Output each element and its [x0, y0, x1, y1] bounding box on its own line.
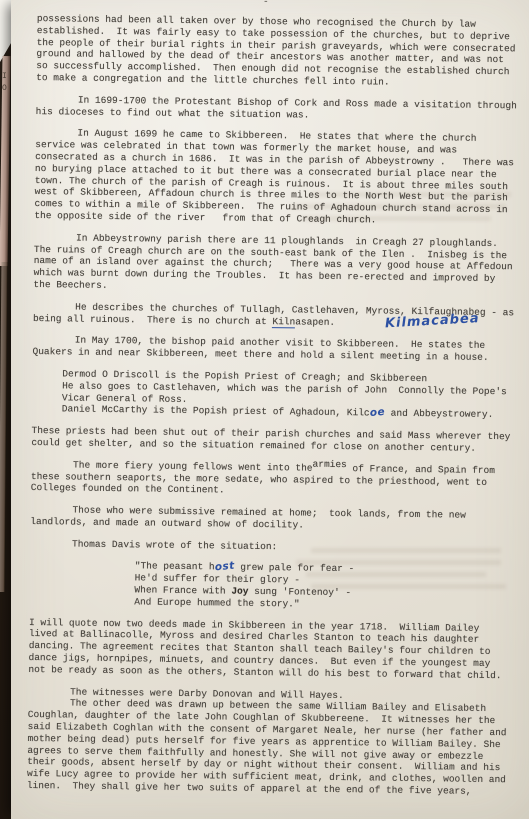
document-body: possessions had been all taken over by t…: [27, 13, 521, 808]
typed-text: Thomas Davis wrote of the situation:: [72, 538, 277, 552]
typed-text: and Abbeystrowery.: [385, 408, 493, 420]
edge-text-fragment: O: [2, 84, 7, 93]
typed-text: In May 1700, the bishop paid another vis…: [32, 335, 490, 363]
typed-text: In Abbeystrowny parish there are 11 plou…: [33, 232, 518, 291]
page-number-mark: -: [263, 0, 269, 7]
typed-text: sung 'Fontenoy' -: [248, 586, 351, 598]
typed-text: possessions had been all taken over by t…: [36, 13, 521, 88]
paragraph: The more fiery young fellows went into t…: [31, 459, 515, 501]
paragraph: possessions had been all taken over by t…: [36, 13, 521, 90]
typed-text: "The peasant h: [135, 561, 215, 573]
typed-text: grew pale for fear -: [234, 562, 354, 575]
paragraph: I will quote now two deeds made in Skibb…: [28, 617, 513, 682]
typed-text: In 1699-1700 the Protestant Bishop of Co…: [36, 94, 523, 120]
edge-text-fragment: I: [2, 72, 7, 81]
typed-text: And Europe hummed the story.": [134, 596, 299, 609]
paragraph: The other deed was drawn up between the …: [27, 697, 512, 798]
handwritten-annotation: ost: [214, 562, 235, 572]
paragraph: In May 1700, the bishop paid another vis…: [32, 334, 516, 364]
handwritten-annotation: oe: [369, 408, 385, 417]
typed-text: armies: [313, 458, 347, 469]
typed-text: asapen.: [295, 316, 335, 328]
paragraph: These priests had been shut out of their…: [31, 425, 515, 455]
typed-text: These priests had been shut out of their…: [31, 425, 516, 454]
typed-text: When France with: [134, 584, 231, 596]
typed-text: In August 1699 he came to Skibbereen. He…: [34, 128, 519, 225]
paragraph: Thomas Davis wrote of the situation:: [30, 538, 514, 556]
paragraph: In 1699-1700 the Protestant Bishop of Co…: [36, 94, 520, 124]
paragraph: Those who were submissive remained at ho…: [30, 504, 514, 534]
typed-text: I will quote now two deeds made in Skibb…: [28, 617, 501, 681]
paragraph: In August 1699 he came to Skibbereen. He…: [34, 127, 519, 228]
paragraph: He describes the churches of Tullagh, Ca…: [33, 301, 517, 331]
paragraph: In Abbeystrowny parish there are 11 plou…: [33, 232, 518, 297]
typed-text: Joy: [231, 586, 248, 597]
underlying-page-edge: [0, 262, 7, 592]
typed-text: The other deed was drawn up between the …: [27, 698, 512, 797]
typed-text: Kiln: [272, 316, 295, 328]
typed-text: Those who were submissive remained at ho…: [30, 505, 471, 531]
